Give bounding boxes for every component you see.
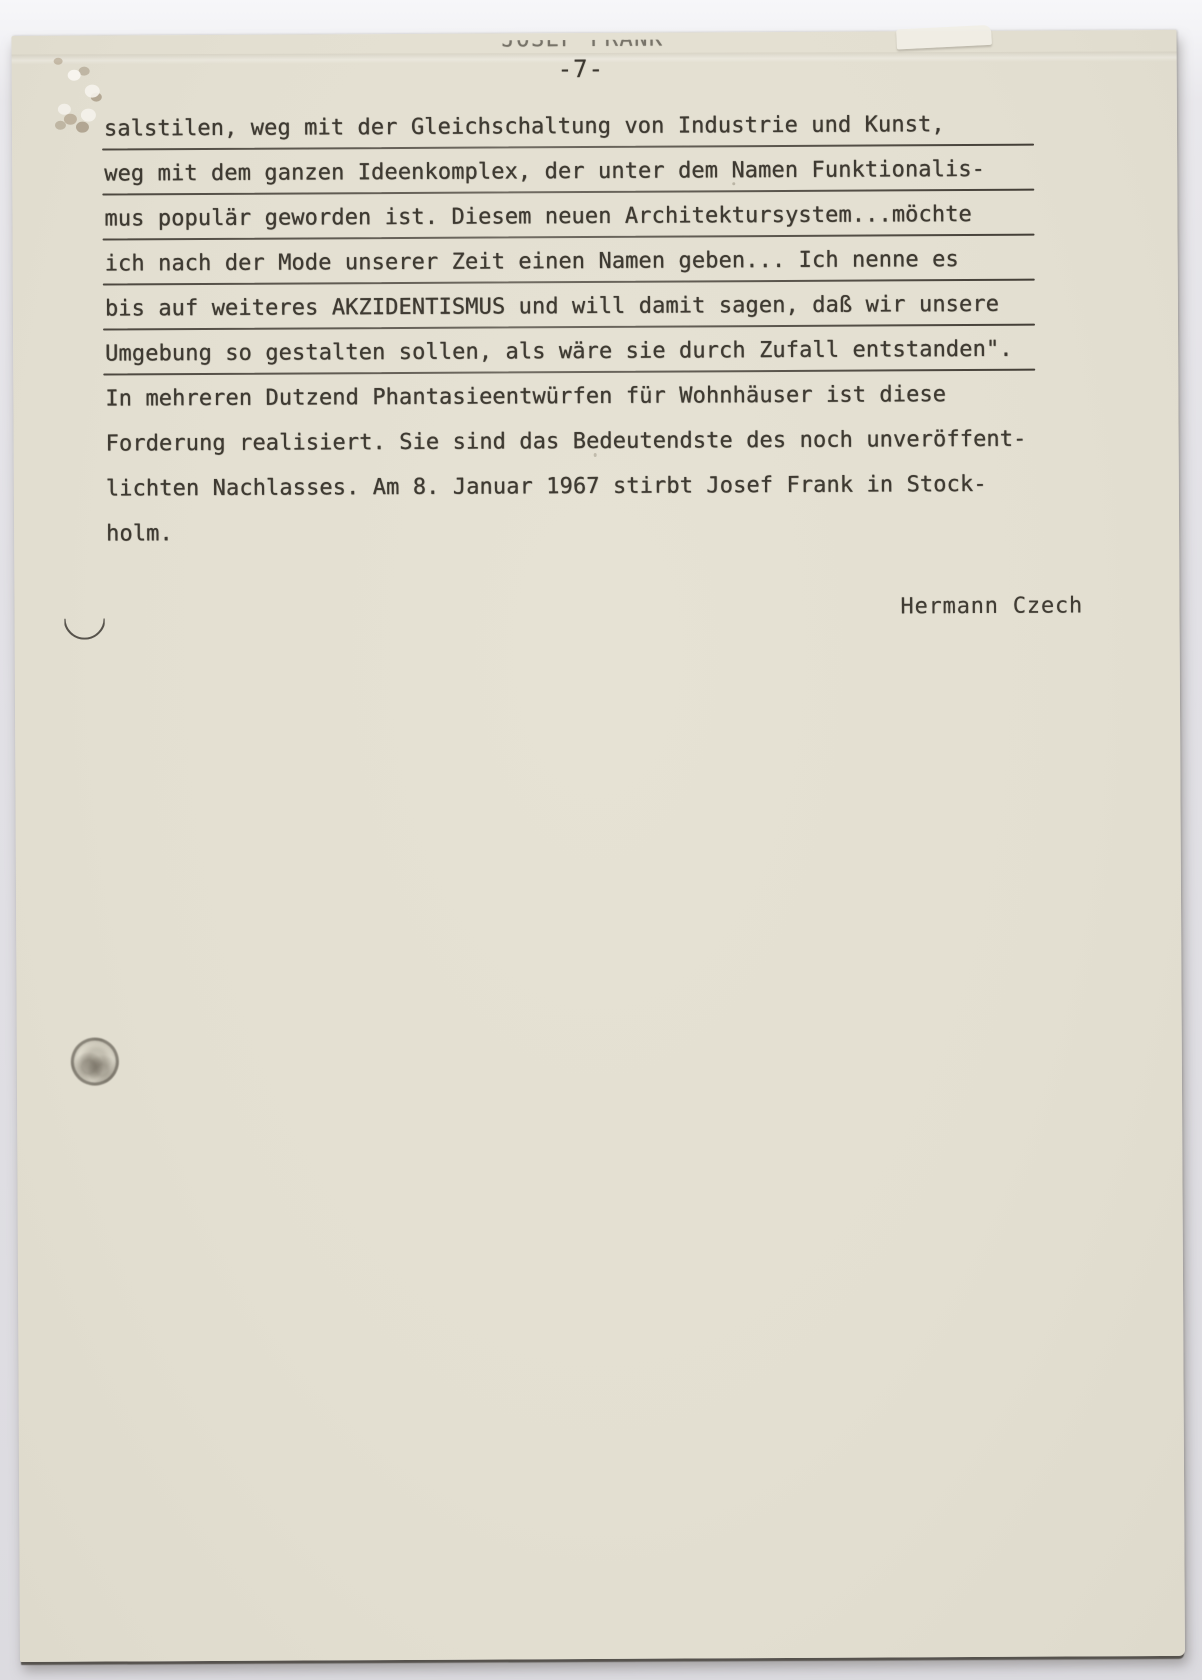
text-line: bis auf weiteres AKZIDENTISMUS und will … xyxy=(105,290,1035,340)
ink-stamp xyxy=(71,1037,119,1085)
text-line: mus populär geworden ist. Diesem neuen A… xyxy=(104,200,1034,250)
scan-background: { "document": { "header_cutoff": "JOSEF … xyxy=(0,0,1202,1680)
paper-speck xyxy=(594,453,597,457)
document-page: JOSEF FRANK -7- salstilen, weg mit der G… xyxy=(11,30,1184,1662)
text-line: Forderung realisiert. Sie sind das Bedeu… xyxy=(106,425,1036,475)
text-line: In mehreren Dutzend Phantasieentwürfen f… xyxy=(105,380,1035,430)
text-line: holm. xyxy=(106,515,1036,565)
page-number: -7- xyxy=(558,55,605,83)
cutoff-header: JOSEF FRANK xyxy=(502,39,722,54)
pen-arc-mark xyxy=(63,598,105,640)
body-lines: salstilen, weg mit der Gleichschaltung v… xyxy=(104,110,1036,565)
text-line: salstilen, weg mit der Gleichschaltung v… xyxy=(104,110,1034,160)
paper-fold-flap xyxy=(896,25,992,50)
cutoff-header-text: JOSEF FRANK xyxy=(502,39,722,53)
text-line: weg mit dem ganzen Ideenkomplex, der unt… xyxy=(104,155,1034,205)
paper-speck xyxy=(732,182,735,185)
staple-damage-marks xyxy=(54,58,63,65)
text-line: Umgebung so gestalten sollen, als wäre s… xyxy=(105,335,1035,385)
signature: Hermann Czech xyxy=(900,593,1083,619)
text-line: lichten Nachlasses. Am 8. Januar 1967 st… xyxy=(106,470,1036,520)
text-line: ich nach der Mode unserer Zeit einen Nam… xyxy=(105,245,1035,295)
